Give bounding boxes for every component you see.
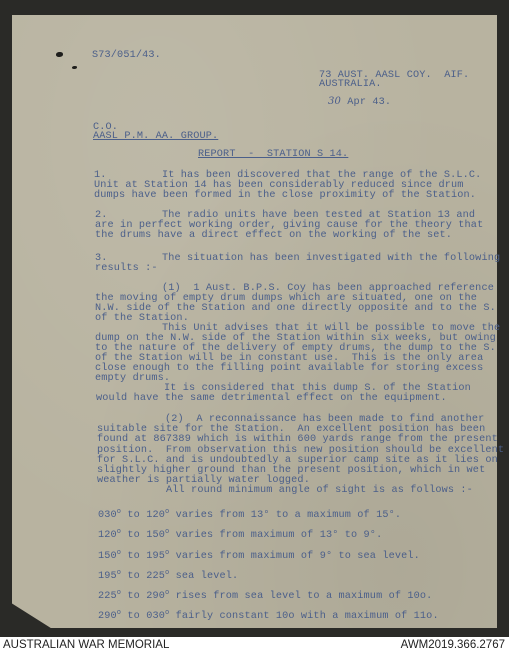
footer-institution: AUSTRALIAN WAR MEMORIAL xyxy=(3,639,169,652)
subsection-1-line: empty drums. xyxy=(95,374,170,384)
paragraph-2-line: the drums have a direct effect on the wo… xyxy=(95,231,452,241)
paragraph-1-line: dumps have been formed in the close prox… xyxy=(94,191,476,201)
sender-location: AUSTRALIA. xyxy=(319,80,382,90)
footer-accession-number: AWM2019.366.2767 xyxy=(401,639,505,652)
angle-row: 290o to 030o fairly constant 10o with a … xyxy=(98,612,439,622)
document-date: 30 Apr 43. xyxy=(328,97,391,108)
reference-number: S73/051/43. xyxy=(92,51,161,61)
scan-background xyxy=(0,0,509,637)
subsection-2-line: All round minimum angle of sight is as f… xyxy=(166,486,473,496)
subsection-1-line: would have the same detrimental effect o… xyxy=(96,394,447,404)
angle-row: 225o to 290o rises from sea level to a m… xyxy=(98,592,432,602)
angle-row: 120o to 150o varies from maximum of 13° … xyxy=(98,531,382,541)
paragraph-3-line: The situation has been investigated with… xyxy=(162,254,500,264)
handwritten-day: 30 xyxy=(328,96,341,107)
angle-row: 195o to 225o sea level. xyxy=(98,572,238,582)
subsection-2-line: found at 867389 which is within 600 yard… xyxy=(97,435,498,445)
report-title: REPORT - STATION S 14. xyxy=(198,150,348,160)
punch-hole-mark xyxy=(72,66,77,69)
addressee-group: AASL P.M. AA. GROUP. xyxy=(93,132,218,142)
date-month-year: Apr 43. xyxy=(347,97,391,108)
paragraph-3-line: results :- xyxy=(95,264,158,274)
angle-row: 030o to 120o varies from 13° to a maximu… xyxy=(98,511,401,521)
punch-hole-mark xyxy=(56,52,63,57)
angle-row: 150o to 195o varies from maximum of 9° t… xyxy=(98,552,420,562)
